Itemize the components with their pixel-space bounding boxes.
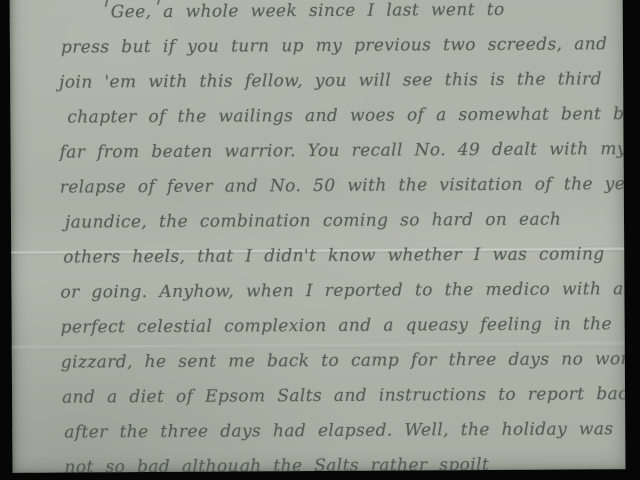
letter-line: relapse of fever and No. 50 with the vis… [60, 167, 616, 205]
scan-background: Gee, a whole week since I last went to p… [0, 0, 640, 480]
letter-line: gizzard, he sent me back to camp for thr… [61, 342, 617, 380]
letter-line: chapter of the wailings and woes of a so… [59, 97, 615, 135]
letter-line: after the three days had elapsed. Well, … [61, 412, 617, 450]
letter-line: and a diet of Epsom Salts and instructio… [61, 377, 617, 415]
letter-line: join 'em with this fellow, you will see … [59, 62, 615, 100]
letter-line: others heels, that I didn't know whether… [60, 237, 616, 275]
letter-line: press but if you turn up my previous two… [59, 27, 615, 65]
letter-line: Gee, a whole week since I last went to [59, 0, 615, 31]
letter-line: jaundice, the combination coming so hard… [60, 202, 616, 240]
letter-line: far from beaten warrior. You recall No. … [59, 132, 615, 170]
letter-line: not so bad although the Salts rather spo… [61, 447, 617, 473]
letter-line: or going. Anyhow, when I reported to the… [60, 272, 616, 310]
letter-text: Gee, a whole week since I last went to p… [59, 0, 618, 473]
letter-line: perfect celestial complexion and a queas… [61, 307, 617, 345]
letter-page: Gee, a whole week since I last went to p… [9, 0, 625, 473]
